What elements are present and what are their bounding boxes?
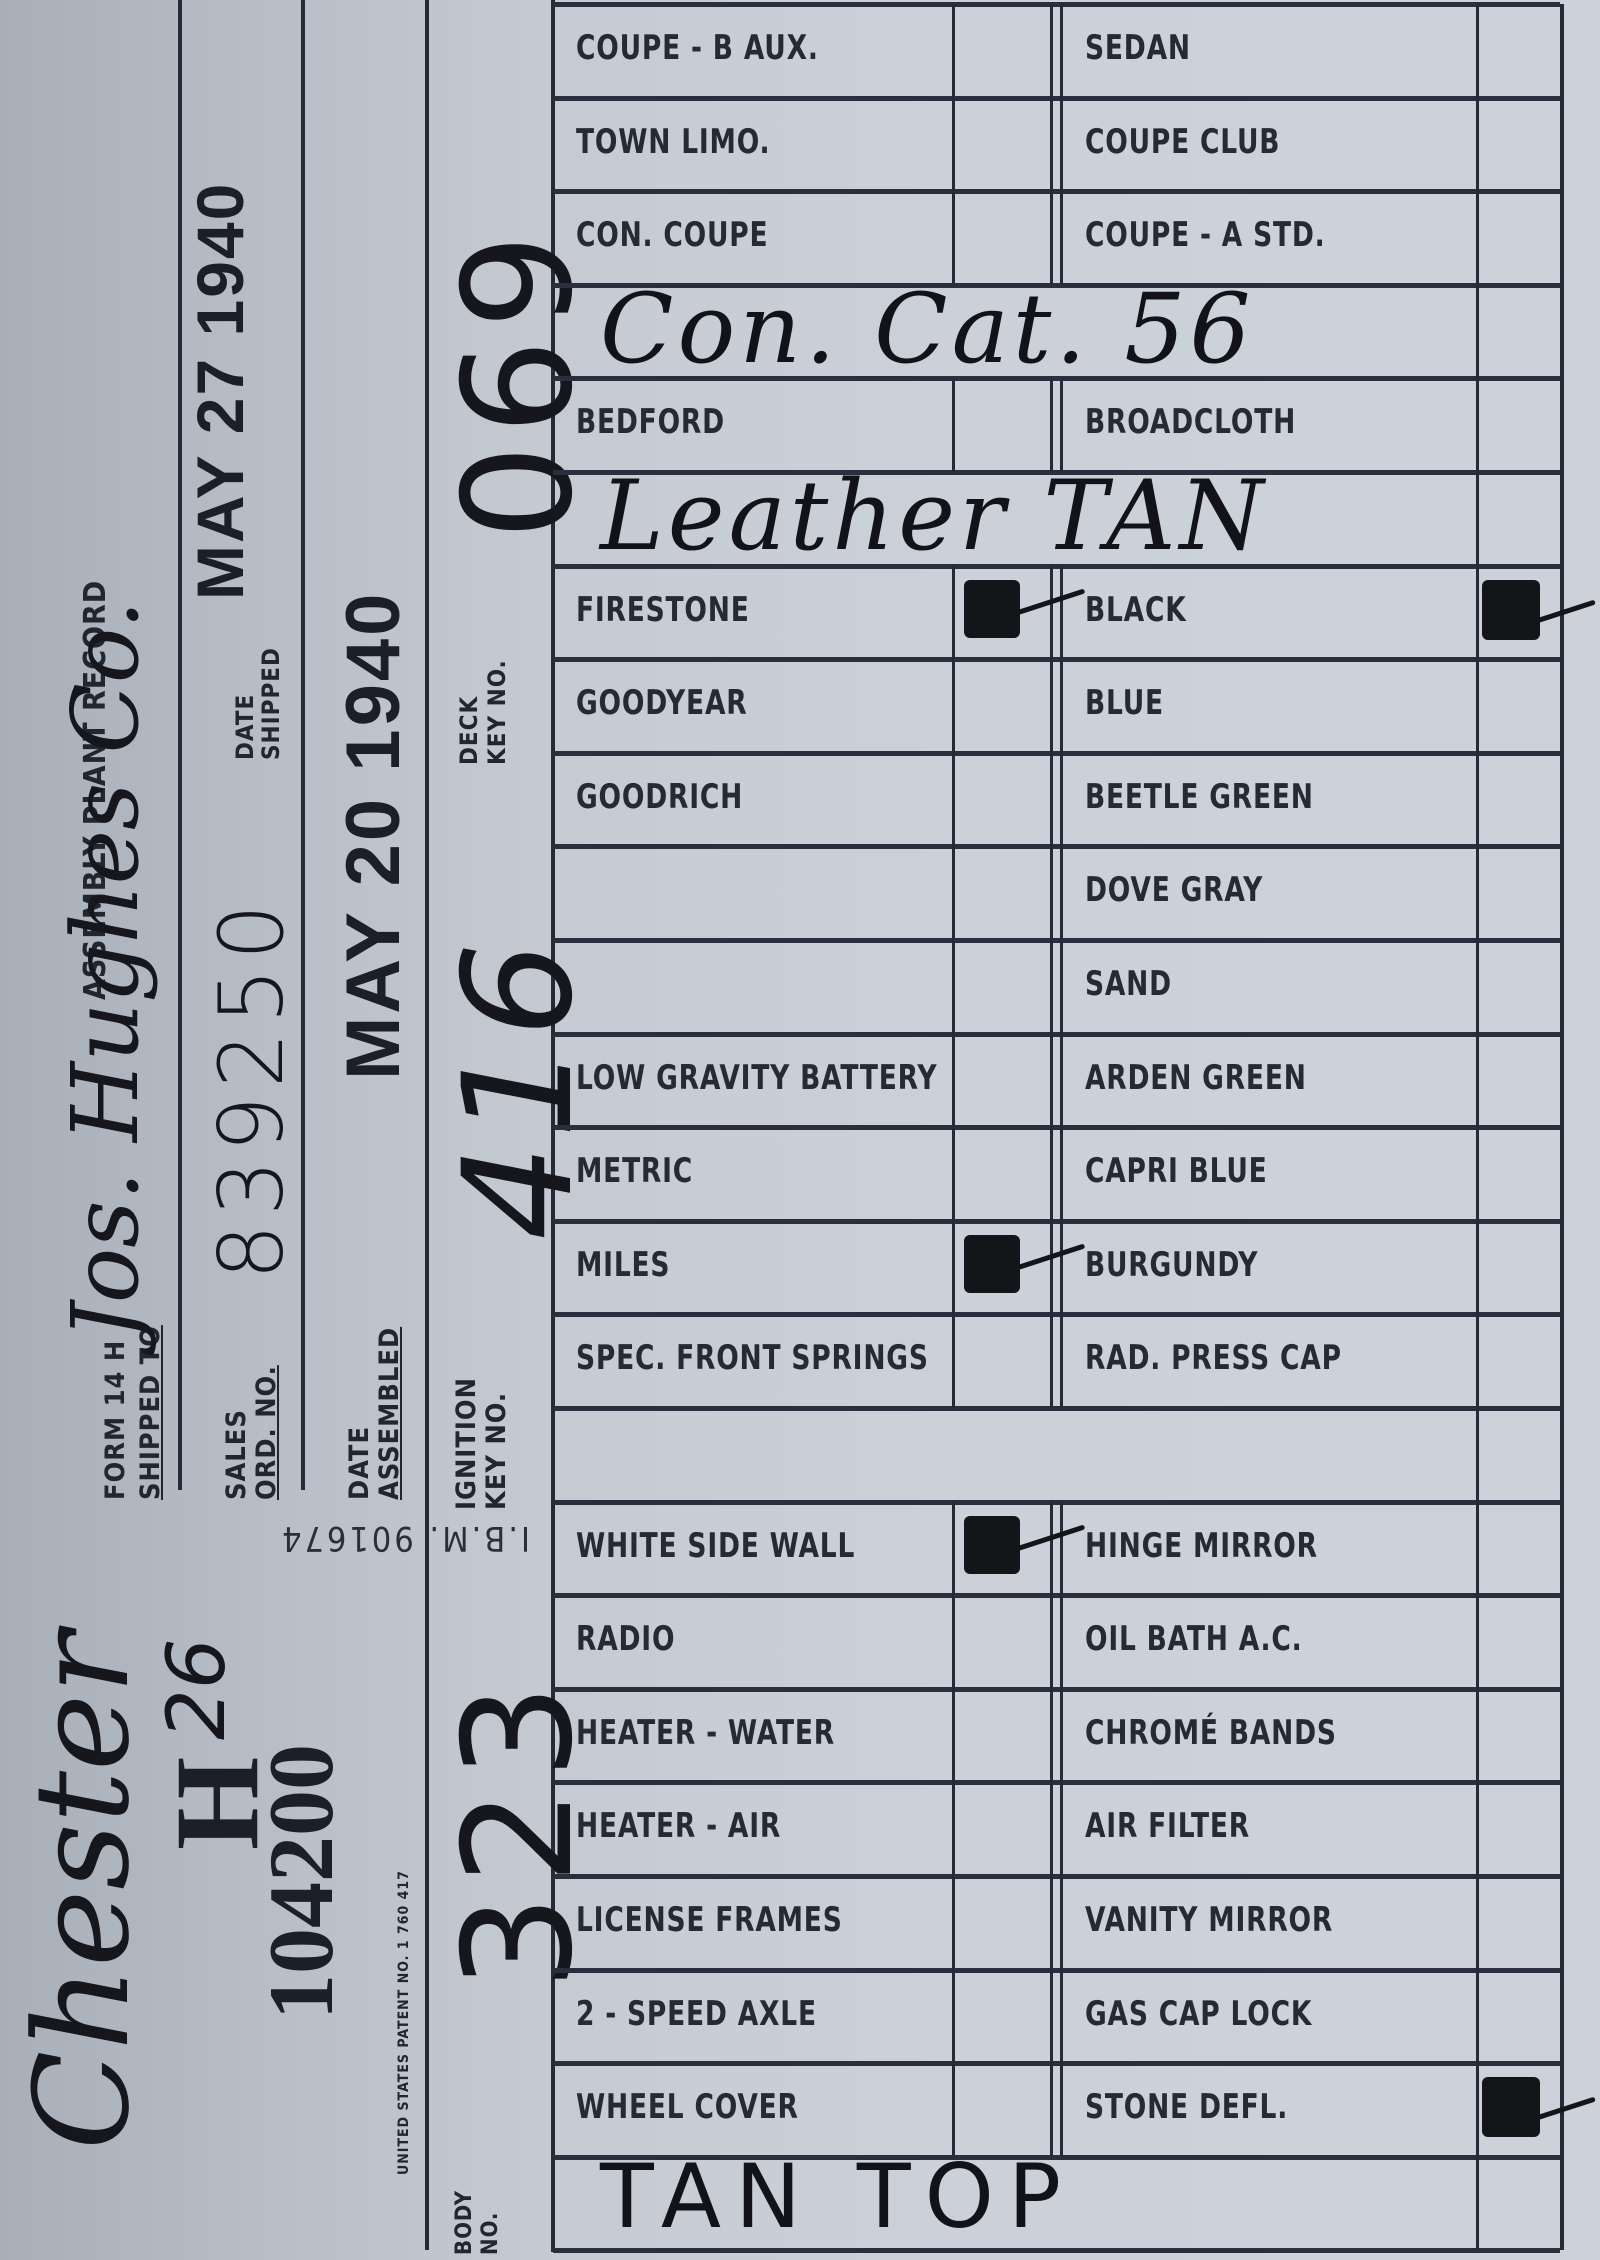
grid-col-divider	[1060, 1970, 1063, 2064]
grid-right-border	[1560, 1970, 1564, 2064]
grid-col-divider	[1476, 1782, 1479, 1876]
grid-col-divider	[1476, 98, 1479, 192]
option-checkbox-left[interactable]	[956, 662, 1048, 750]
grid-col-divider	[952, 1689, 955, 1783]
option-checkbox-right[interactable]	[1480, 662, 1558, 750]
grid-row-line	[553, 189, 1560, 194]
grid-col-divider	[1060, 378, 1063, 472]
grid-col-divider	[952, 1782, 955, 1876]
form-number: FORM 14 H	[100, 1340, 131, 1500]
grid-right-border	[1560, 4, 1564, 98]
grid-col-divider	[1060, 940, 1063, 1034]
grid-right-border	[1560, 2157, 1564, 2251]
grid-row-line	[553, 1500, 1560, 1505]
grid-col-divider	[1476, 1314, 1479, 1408]
option-checkbox-left[interactable]	[956, 1317, 1048, 1405]
option-label-left: GOODRICH	[576, 777, 743, 817]
shipped-to-value: Jos. Hughes Co.	[52, 600, 159, 1340]
grid-right-border	[1560, 378, 1564, 472]
option-label-right: SAND	[1085, 964, 1172, 1004]
option-label-left: HEATER - AIR	[576, 1806, 781, 1846]
grid-col-divider	[1060, 659, 1063, 753]
handwritten-code: 26	[150, 1638, 243, 1740]
option-checkbox-right[interactable]	[1480, 1505, 1558, 1593]
grid-row-line	[553, 1874, 1560, 1879]
grid-col-divider	[1476, 1689, 1479, 1783]
date-shipped-label-line1: DATE	[232, 647, 258, 760]
grid-col-divider	[1050, 1314, 1053, 1408]
grid-col-divider	[1476, 1502, 1479, 1596]
grid-right-border	[1560, 1314, 1564, 1408]
grid-col-divider	[1476, 753, 1479, 847]
option-label-right: BLUE	[1085, 683, 1164, 723]
grid-col-divider	[1060, 191, 1063, 285]
option-checkbox-left[interactable]	[956, 194, 1048, 282]
option-checkbox-left[interactable]	[956, 1598, 1048, 1686]
grid-row-line	[553, 1780, 1560, 1785]
grid-col-divider	[1476, 2063, 1479, 2157]
option-label-right: OIL BATH A.C.	[1085, 1619, 1303, 1659]
option-checkbox-right[interactable]	[1480, 381, 1558, 469]
option-label-left: HEATER - WATER	[576, 1713, 835, 1753]
grid-col-divider	[1050, 1595, 1053, 1689]
deck-key-value: 069	[432, 224, 606, 540]
option-label-left: SPEC. FRONT SPRINGS	[576, 1338, 929, 1378]
grid-col-divider	[1060, 98, 1063, 192]
grid-col-divider	[1060, 846, 1063, 940]
grid-col-divider	[1060, 1314, 1063, 1408]
grid-col-divider	[952, 1876, 955, 1970]
signature: Chester	[6, 1632, 158, 2150]
check-mark-icon	[964, 1235, 1020, 1293]
handwritten-entry: TAN TOP	[600, 2145, 1075, 2248]
grid-right-border	[1560, 472, 1564, 566]
grid-col-divider	[1050, 846, 1053, 940]
grid-col-divider	[1050, 378, 1053, 472]
grid-col-divider	[952, 4, 955, 98]
grid-col-divider	[1476, 1127, 1479, 1221]
option-label-left: GOODYEAR	[576, 683, 747, 723]
grid-right-border	[1560, 753, 1564, 847]
option-checkbox-left[interactable]	[956, 381, 1048, 469]
option-label-left: 2 - SPEED AXLE	[576, 1994, 817, 2034]
grid-col-divider	[1476, 940, 1479, 1034]
option-label-left: MILES	[576, 1245, 670, 1285]
grid-row-line	[553, 1593, 1560, 1598]
option-checkbox-left[interactable]	[956, 849, 1048, 937]
option-label-right: BROADCLOTH	[1085, 402, 1296, 442]
grid-right-border	[1560, 846, 1564, 940]
option-label-right: BEETLE GREEN	[1085, 777, 1314, 817]
grid-col-divider	[1050, 4, 1053, 98]
option-checkbox-right[interactable]	[1480, 7, 1558, 95]
grid-col-divider	[1050, 566, 1053, 660]
ibm-number: I.B.M. 901674	[190, 1518, 530, 1558]
grid-col-divider	[952, 846, 955, 940]
grid-col-divider	[1050, 1221, 1053, 1315]
patent-number: UNITED STATES PATENT NO. 1 760 417	[396, 1870, 412, 2175]
date-shipped-value: MAY 27 1940	[182, 182, 258, 600]
check-mark-icon	[964, 580, 1020, 638]
grid-col-divider	[1476, 1221, 1479, 1315]
option-checkbox-left[interactable]	[956, 2066, 1048, 2154]
option-label-left: BEDFORD	[576, 402, 725, 442]
option-checkbox-left[interactable]	[956, 1130, 1048, 1218]
grid-col-divider	[1060, 566, 1063, 660]
option-checkbox-right[interactable]	[1480, 1224, 1558, 1312]
option-checkbox-right[interactable]	[1480, 1037, 1558, 1125]
option-label-left: LOW GRAVITY BATTERY	[576, 1058, 937, 1098]
grid-col-divider	[1476, 846, 1479, 940]
option-checkbox-right[interactable]	[1480, 1879, 1558, 1967]
grid-row-line	[553, 96, 1560, 101]
handwritten-entry: Leather TAN	[600, 460, 1268, 572]
grid-col-divider	[952, 566, 955, 660]
grid-col-divider	[1476, 191, 1479, 285]
grid-col-divider	[1476, 659, 1479, 753]
grid-col-divider	[1050, 659, 1053, 753]
grid-col-divider	[952, 2063, 955, 2157]
option-label-right: COUPE CLUB	[1085, 122, 1280, 162]
grid-col-divider	[1476, 285, 1479, 379]
option-label-right: HINGE MIRROR	[1085, 1526, 1318, 1566]
grid-col-divider	[1060, 1595, 1063, 1689]
grid-col-divider	[1060, 4, 1063, 98]
option-label-right: SEDAN	[1085, 28, 1191, 68]
grid-col-divider	[1050, 1689, 1053, 1783]
grid-row-line	[553, 2, 1560, 7]
handwritten-entry: Con. Cat. 56	[600, 273, 1255, 385]
grid-col-divider	[1050, 753, 1053, 847]
grid-col-divider	[952, 1221, 955, 1315]
grid-right-border	[1560, 1502, 1564, 1596]
grid-col-divider	[1060, 1689, 1063, 1783]
grid-right-border	[1560, 1782, 1564, 1876]
grid-col-divider	[952, 1127, 955, 1221]
grid-right-border	[1560, 940, 1564, 1034]
grid-col-divider	[952, 753, 955, 847]
option-label-right: CHROMÉ BANDS	[1085, 1713, 1337, 1753]
option-checkbox-right[interactable]	[1480, 943, 1558, 1031]
option-label-right: RAD. PRESS CAP	[1085, 1338, 1342, 1378]
check-mark-icon	[964, 1516, 1020, 1574]
option-checkbox-right[interactable]	[1480, 1973, 1558, 2061]
option-label-left: LICENSE FRAMES	[576, 1900, 843, 1940]
grid-right-border	[1560, 1221, 1564, 1315]
grid-col-divider	[1050, 1127, 1053, 1221]
grid-right-border	[1560, 98, 1564, 192]
option-checkbox-left[interactable]	[956, 1973, 1048, 2061]
grid-col-divider	[952, 1502, 955, 1596]
option-label-right: DOVE GRAY	[1085, 870, 1263, 910]
grid-right-border	[1560, 659, 1564, 753]
grid-col-divider	[1060, 2063, 1063, 2157]
grid-row-line	[553, 1968, 1560, 1973]
grid-right-border	[1560, 1595, 1564, 1689]
grid-col-divider	[952, 659, 955, 753]
grid-col-divider	[952, 1970, 955, 2064]
grid-col-divider	[1050, 940, 1053, 1034]
grid-col-divider	[1060, 1782, 1063, 1876]
check-mark-icon	[1482, 2077, 1540, 2137]
grid-row-line	[553, 844, 1560, 849]
option-label-right: BURGUNDY	[1085, 1245, 1258, 1285]
option-label-left: CON. COUPE	[576, 215, 768, 255]
grid-col-divider	[952, 1314, 955, 1408]
option-label-right: AIR FILTER	[1085, 1806, 1250, 1846]
grid-col-divider	[1476, 1034, 1479, 1128]
option-label-left: FIRESTONE	[576, 590, 750, 630]
grid-col-divider	[1476, 1876, 1479, 1970]
grid-col-divider	[1476, 1970, 1479, 2064]
grid-row-line	[553, 1219, 1560, 1224]
grid-col-divider	[952, 1034, 955, 1128]
option-label-right: CAPRI BLUE	[1085, 1151, 1268, 1191]
date-shipped-label: DATE DATE SHIPPED SHIPPED	[232, 647, 284, 760]
option-label-left: RADIO	[576, 1619, 675, 1659]
option-checkbox-right[interactable]	[1480, 1692, 1558, 1780]
shipped-to-label: SHIPPED TO	[135, 1325, 166, 1500]
option-label-right: BLACK	[1085, 590, 1187, 630]
body-number-label: BODY NO.	[452, 2190, 504, 2255]
check-mark-icon	[1482, 580, 1540, 640]
ignition-key-label: IGNITION KEY NO.	[452, 1377, 512, 1510]
grid-col-divider	[952, 191, 955, 285]
grid-col-divider	[1060, 753, 1063, 847]
option-label-right: VANITY MIRROR	[1085, 1900, 1333, 1940]
grid-right-border	[1560, 1127, 1564, 1221]
grid-col-divider	[952, 98, 955, 192]
grid-col-divider	[1476, 378, 1479, 472]
option-checkbox-left[interactable]	[956, 101, 1048, 189]
option-checkbox-left[interactable]	[956, 7, 1048, 95]
grid-col-divider	[1050, 1782, 1053, 1876]
stamp-letter: H	[148, 1757, 286, 1850]
option-label-left: WHEEL COVER	[576, 2087, 799, 2127]
grid-right-border	[1560, 285, 1564, 379]
option-checkbox-right[interactable]	[1480, 849, 1558, 937]
option-label-right: GAS CAP LOCK	[1085, 1994, 1312, 2034]
grid-col-divider	[1476, 1595, 1479, 1689]
option-checkbox-left[interactable]	[956, 1879, 1048, 1967]
grid-col-divider	[1476, 2157, 1479, 2251]
grid-col-divider	[1060, 1127, 1063, 1221]
grid-row-line	[553, 1125, 1560, 1130]
option-checkbox-right[interactable]	[1480, 194, 1558, 282]
deck-key-label: DECK KEY NO.	[455, 659, 511, 765]
divider-date-assembled	[425, 0, 429, 2250]
option-checkbox-right[interactable]	[1480, 101, 1558, 189]
grid-col-divider	[1050, 1970, 1053, 2064]
grid-col-divider	[1050, 1876, 1053, 1970]
option-checkbox-left[interactable]	[956, 943, 1048, 1031]
option-label-right: STONE DEFL.	[1085, 2087, 1288, 2127]
grid-col-divider	[952, 378, 955, 472]
grid-col-divider	[952, 1595, 955, 1689]
grid-row-line	[553, 1312, 1560, 1317]
grid-col-divider	[1060, 1502, 1063, 1596]
grid-col-divider	[1060, 1034, 1063, 1128]
grid-col-divider	[1060, 1876, 1063, 1970]
option-label-right: COUPE - A STD.	[1085, 215, 1326, 255]
sales-order-value: 839250	[200, 896, 303, 1280]
grid-col-divider	[1050, 1034, 1053, 1128]
grid-right-border	[1560, 1689, 1564, 1783]
date-assembled-label: DATE ASSEMBLED	[345, 1327, 405, 1500]
grid-row-line	[553, 657, 1560, 662]
grid-right-border	[1560, 1034, 1564, 1128]
grid-col-divider	[1050, 191, 1053, 285]
option-checkbox-left[interactable]	[956, 1785, 1048, 1873]
grid-col-divider	[1050, 1502, 1053, 1596]
option-checkbox-right[interactable]	[1480, 756, 1558, 844]
assembly-plant-record-card: ASSEMBLY PLANT RECORD FORM 14 H SHIPPED …	[0, 0, 1600, 2260]
date-assembled-value: MAY 20 1940	[330, 591, 417, 1080]
grid-row-line	[553, 938, 1560, 943]
option-label-left: COUPE - B AUX.	[576, 28, 819, 68]
grid-row-line	[553, 1687, 1560, 1692]
option-label-right: ARDEN GREEN	[1085, 1058, 1307, 1098]
grid-right-border	[1560, 1408, 1564, 1502]
grid-col-divider	[1476, 566, 1479, 660]
grid-row-line	[553, 2248, 1560, 2253]
grid-row-line	[553, 2061, 1560, 2066]
grid-row-line	[553, 751, 1560, 756]
grid-col-divider	[1060, 1221, 1063, 1315]
option-checkbox-left[interactable]	[956, 1692, 1048, 1780]
option-label-left: WHITE SIDE WALL	[576, 1526, 855, 1566]
option-checkbox-right[interactable]	[1480, 1785, 1558, 1873]
option-checkbox-left[interactable]	[956, 756, 1048, 844]
grid-col-divider	[1476, 472, 1479, 566]
grid-row-line	[553, 1406, 1560, 1411]
option-label-left: TOWN LIMO.	[576, 122, 770, 162]
date-shipped-label-line2-text: SHIPPED	[258, 647, 284, 760]
grid-col-divider	[1476, 1408, 1479, 1502]
option-checkbox-right[interactable]	[1480, 1598, 1558, 1686]
option-checkbox-left[interactable]	[956, 1037, 1048, 1125]
option-label-left: METRIC	[576, 1151, 693, 1191]
grid-col-divider	[1476, 4, 1479, 98]
grid-right-border	[1560, 191, 1564, 285]
grid-col-divider	[1050, 2063, 1053, 2157]
option-checkbox-right[interactable]	[1480, 1317, 1558, 1405]
grid-row-line	[553, 1032, 1560, 1037]
option-checkbox-right[interactable]	[1480, 1130, 1558, 1218]
grid-col-divider	[952, 940, 955, 1034]
sales-order-label: SALES ORD. NO.	[222, 1365, 282, 1500]
grid-right-border	[1560, 1876, 1564, 1970]
grid-col-divider	[1050, 98, 1053, 192]
